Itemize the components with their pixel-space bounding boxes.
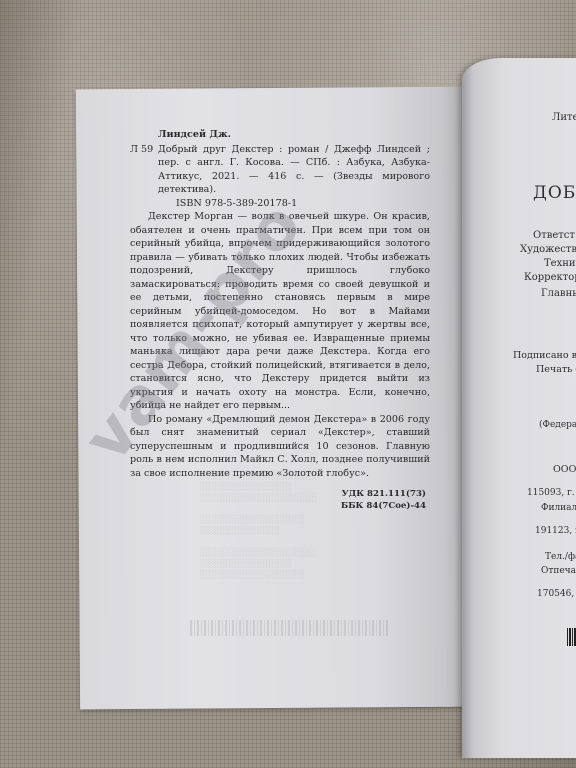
right-page-line: Филиал: [541, 503, 576, 513]
barcode: [567, 628, 576, 646]
right-page-line: Художеств: [520, 244, 576, 255]
show-through-barcode: [190, 620, 390, 636]
right-page-line: 191123, г.: [535, 526, 576, 536]
right-page-line: (Федерал: [539, 420, 576, 430]
bibliographic-text: Добрый друг Декстер : роман / Джефф Линд…: [158, 144, 430, 196]
show-through-text: ░░░░░░░░░░░░░░░░░░░░░░░░░░░░░░░░░░░░░░░░…: [200, 470, 380, 580]
right-page-line: Тел./фа: [545, 552, 576, 562]
right-page-line: Печать о: [536, 364, 576, 375]
right-book-page: [462, 58, 576, 758]
right-page-title: ДОБР: [533, 183, 576, 203]
library-code: Л 59: [130, 143, 153, 157]
right-page-line: 170546, Т: [537, 589, 576, 599]
isbn: ISBN 978-5-389-20178-1: [158, 197, 430, 211]
bibliographic-entry: Л 59 Добрый друг Декстер : роман / Джефф…: [130, 143, 430, 211]
author-heading: Линдсей Дж.: [130, 128, 430, 142]
right-page-line: ООО: [553, 464, 576, 475]
right-page-line: Главны: [541, 288, 576, 299]
right-page-line: Корректор: [524, 272, 576, 283]
right-page-line: 115093, г. М: [527, 488, 576, 498]
right-page-line: Подписано в: [513, 350, 576, 361]
right-page-line: Отпечатан: [541, 566, 576, 576]
right-page-line: Технич: [544, 258, 576, 269]
right-page-line: Литер: [552, 112, 576, 123]
right-page-line: Ответст: [533, 230, 575, 241]
